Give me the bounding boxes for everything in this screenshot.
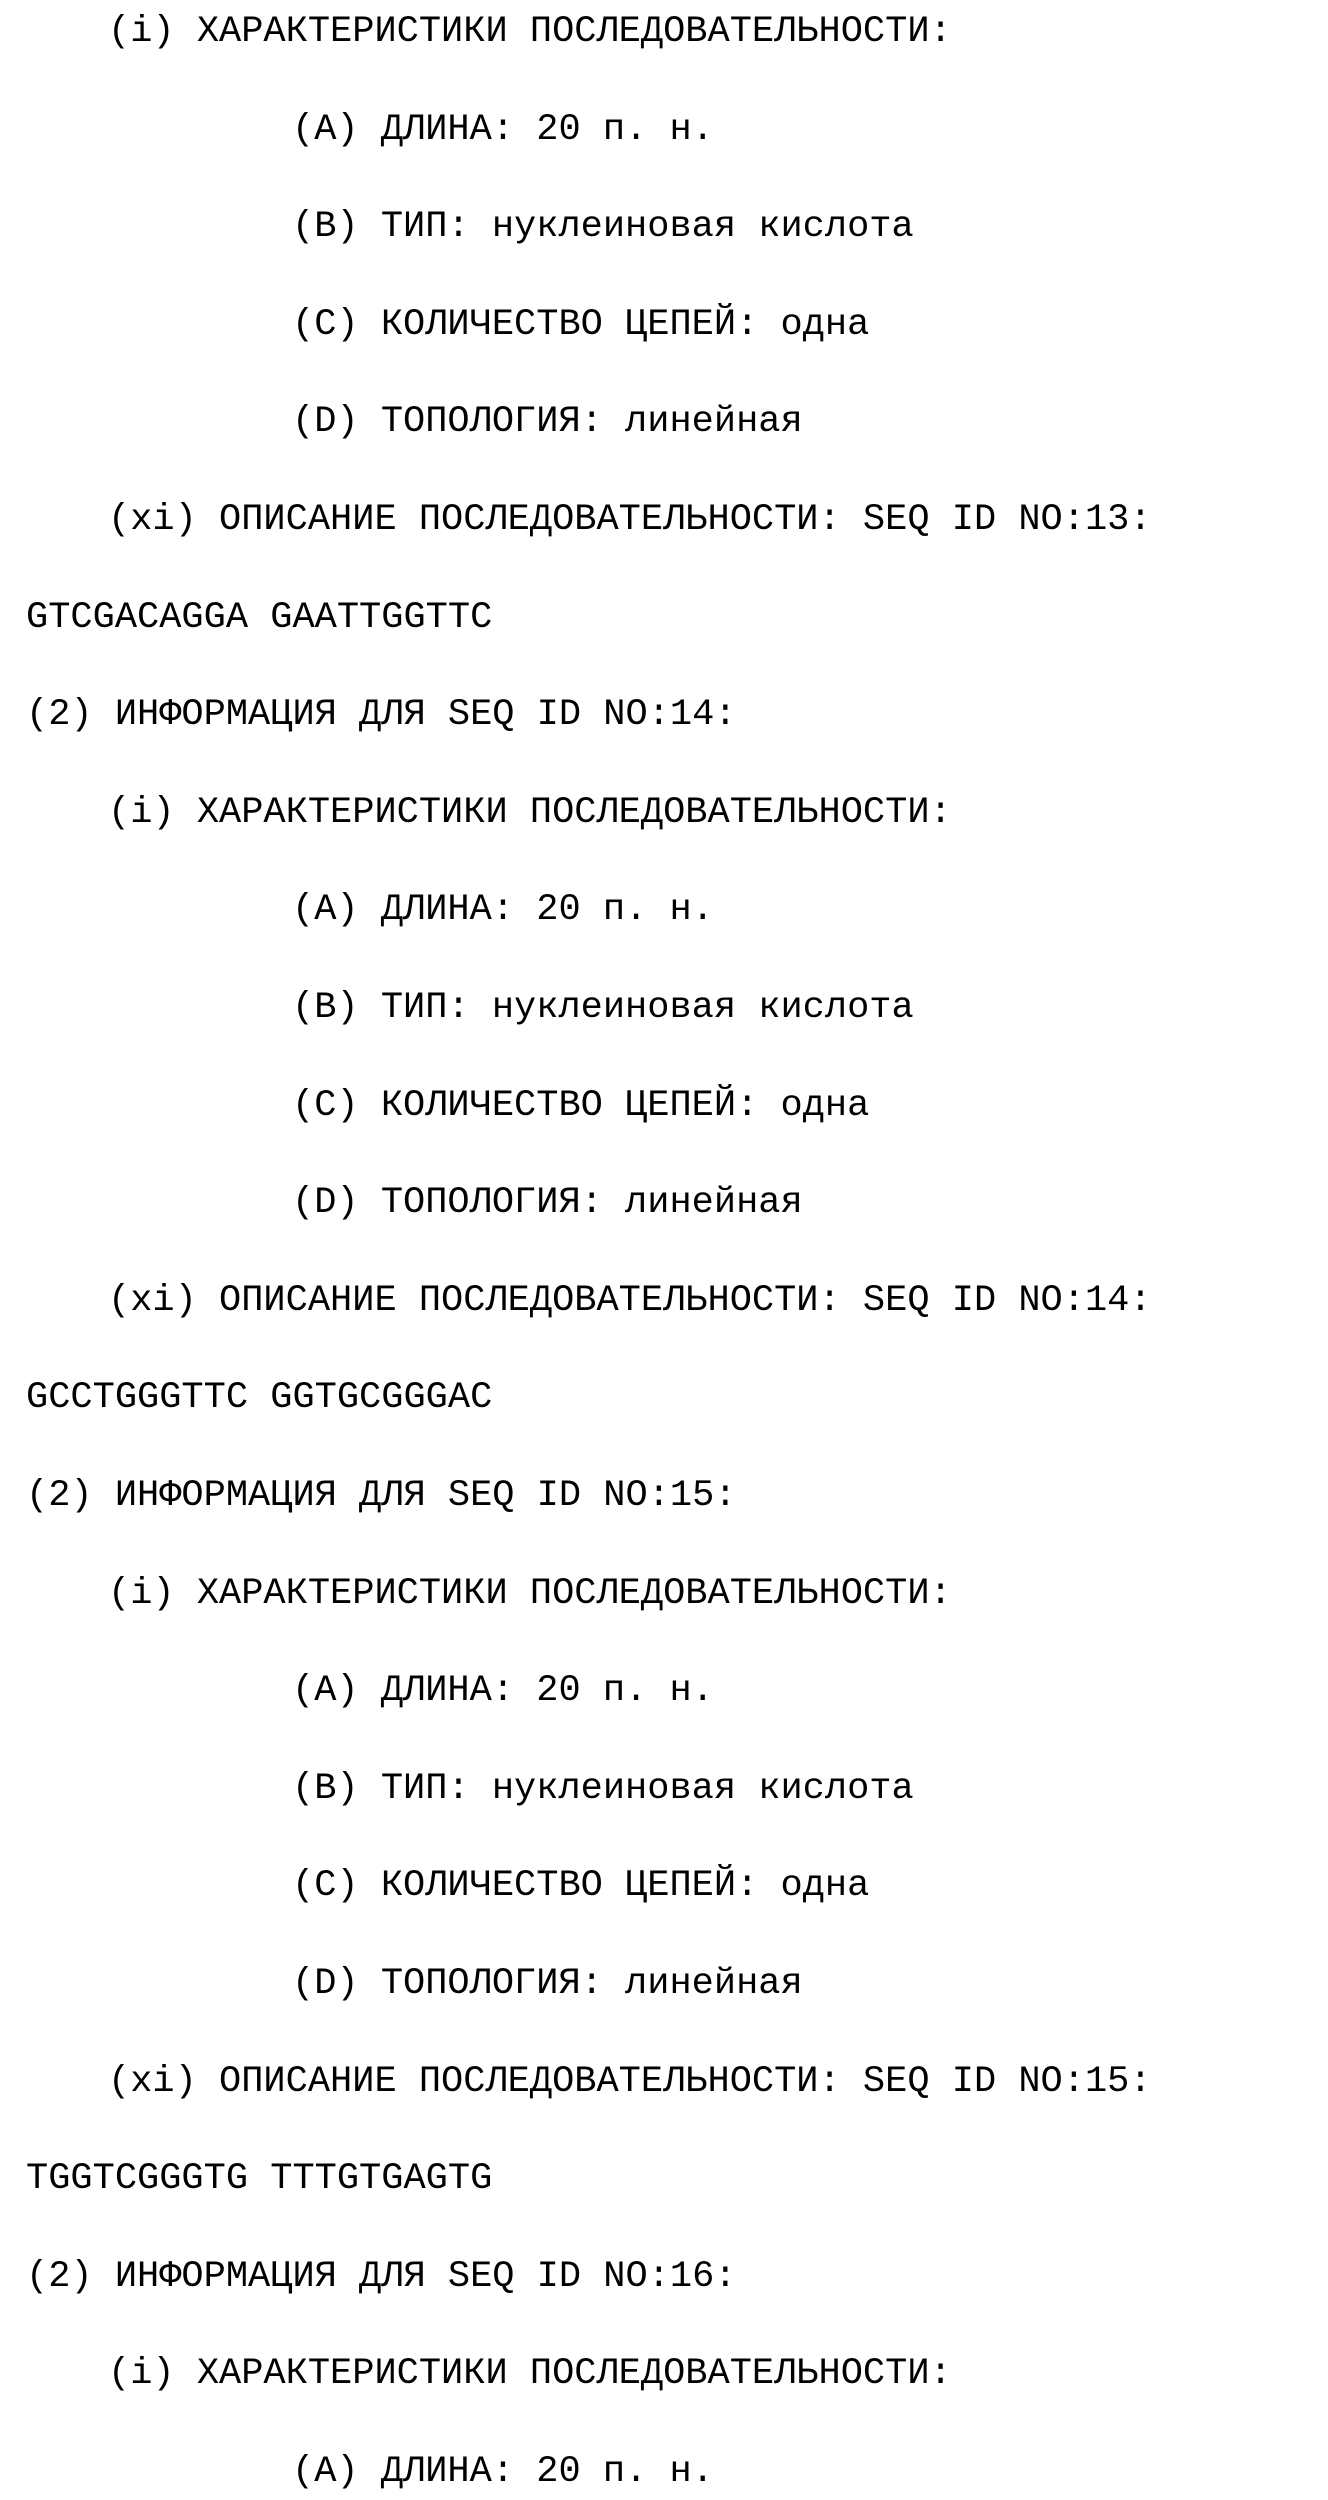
characteristic-item: (C) КОЛИЧЕСТВО ЦЕПЕЙ: одна: [292, 1864, 869, 1908]
section-heading: (i) ХАРАКТЕРИСТИКИ ПОСЛЕДОВАТЕЛЬНОСТИ:: [108, 10, 952, 54]
characteristic-item: (B) ТИП: нуклеиновая кислота: [292, 986, 914, 1030]
seq-info-heading: (2) ИНФОРМАЦИЯ ДЛЯ SEQ ID NO:14:: [26, 693, 737, 737]
characteristic-item: (D) ТОПОЛОГИЯ: линейная: [292, 400, 803, 444]
characteristic-item: (A) ДЛИНА: 20 п. н.: [292, 1669, 714, 1713]
seq-info-heading: (2) ИНФОРМАЦИЯ ДЛЯ SEQ ID NO:15:: [26, 1474, 737, 1518]
seq-info-heading: (2) ИНФОРМАЦИЯ ДЛЯ SEQ ID NO:16:: [26, 2255, 737, 2299]
sequence-text: GCCTGGGTTC GGTGCGGGAC: [26, 1376, 492, 1420]
section-heading: (i) ХАРАКТЕРИСТИКИ ПОСЛЕДОВАТЕЛЬНОСТИ:: [108, 791, 952, 835]
characteristic-item: (C) КОЛИЧЕСТВО ЦЕПЕЙ: одна: [292, 1084, 869, 1128]
section-heading: (xi) ОПИСАНИЕ ПОСЛЕДОВАТЕЛЬНОСТИ: SEQ ID…: [108, 1279, 1152, 1323]
characteristic-item: (A) ДЛИНА: 20 п. н.: [292, 108, 714, 152]
characteristic-item: (B) ТИП: нуклеиновая кислота: [292, 1767, 914, 1811]
characteristic-item: (D) ТОПОЛОГИЯ: линейная: [292, 1181, 803, 1225]
characteristic-item: (D) ТОПОЛОГИЯ: линейная: [292, 1962, 803, 2006]
sequence-text: GTCGACAGGA GAATTGGTTC: [26, 596, 492, 640]
characteristic-item: (B) ТИП: нуклеиновая кислота: [292, 205, 914, 249]
characteristic-item: (A) ДЛИНА: 20 п. н.: [292, 2450, 714, 2494]
section-heading: (xi) ОПИСАНИЕ ПОСЛЕДОВАТЕЛЬНОСТИ: SEQ ID…: [108, 498, 1152, 542]
section-heading: (i) ХАРАКТЕРИСТИКИ ПОСЛЕДОВАТЕЛЬНОСТИ:: [108, 2352, 952, 2396]
sequence-text: TGGTCGGGTG TTTGTGAGTG: [26, 2157, 492, 2201]
section-heading: (xi) ОПИСАНИЕ ПОСЛЕДОВАТЕЛЬНОСТИ: SEQ ID…: [108, 2060, 1152, 2104]
characteristic-item: (C) КОЛИЧЕСТВО ЦЕПЕЙ: одна: [292, 303, 869, 347]
section-heading: (i) ХАРАКТЕРИСТИКИ ПОСЛЕДОВАТЕЛЬНОСТИ:: [108, 1572, 952, 1616]
characteristic-item: (A) ДЛИНА: 20 п. н.: [292, 888, 714, 932]
